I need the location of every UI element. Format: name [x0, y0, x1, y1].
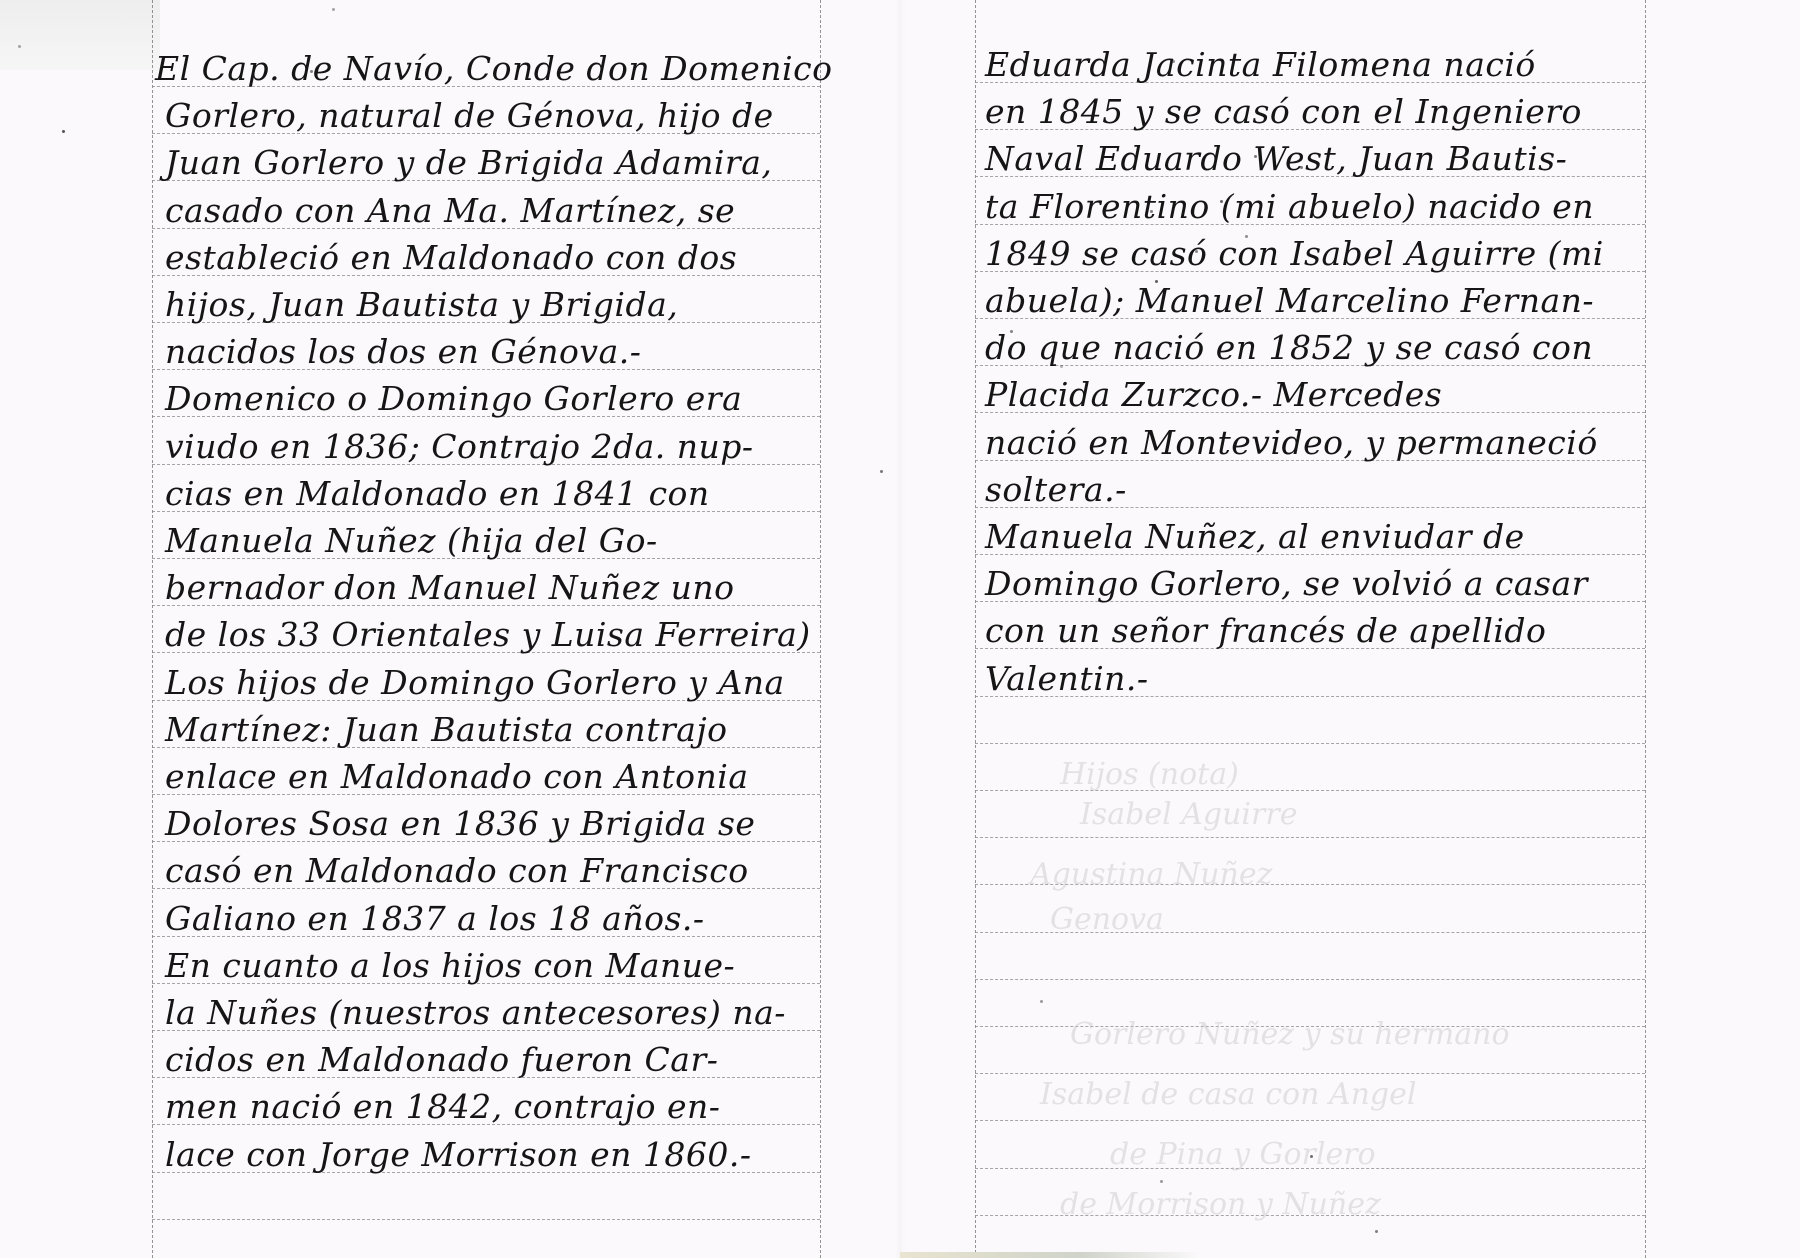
handwritten-line: soltera.-: [985, 473, 1127, 506]
handwritten-line: bernador don Manuel Nuñez uno: [165, 571, 735, 604]
scan-speck: [1060, 365, 1063, 368]
scan-speck: [1155, 280, 1158, 283]
scan-speck: [990, 200, 993, 203]
scan-speck: [1040, 1000, 1043, 1003]
handwritten-line: Juan Gorlero y de Brigida Adamira,: [165, 146, 772, 179]
handwritten-line: cias en Maldonado en 1841 con: [165, 477, 710, 510]
scan-speck: [1010, 330, 1013, 333]
right-page-left-margin: [975, 0, 976, 1258]
handwritten-line: nació en Montevideo, y permaneció: [985, 426, 1598, 459]
handwritten-line: Gorlero, natural de Génova, hijo de: [165, 99, 774, 132]
scan-speck: [880, 470, 883, 473]
handwritten-line: en 1845 y se casó con el Ingeniero: [985, 95, 1582, 128]
bleed-through-line: Gorlero Nuñez y su hermano: [1070, 1020, 1510, 1050]
handwritten-line: Valentin.-: [985, 662, 1149, 695]
bleed-through-line: Isabel de casa con Angel: [1040, 1080, 1416, 1110]
handwritten-line: con un señor francés de apellido: [985, 614, 1546, 647]
bleed-through-line: Agustina Nuñez: [1030, 860, 1272, 890]
handwritten-line: ta Florentino (mi abuelo) nacido en: [985, 190, 1594, 223]
scan-speck: [1195, 250, 1198, 253]
left-page: El Cap. de Navío, Conde don DomenicoGorl…: [0, 0, 900, 1258]
handwritten-line: nacidos los dos en Génova.-: [165, 335, 641, 368]
handwritten-line: El Cap. de Navío, Conde don Domenico: [155, 52, 832, 85]
handwritten-line: cidos en Maldonado fueron Car-: [165, 1043, 718, 1076]
handwritten-line: Placida Zurzco.- Mercedes: [985, 378, 1442, 411]
bleed-through-line: Isabel Aguirre: [1080, 800, 1297, 830]
ruled-line: [975, 743, 1645, 744]
scan-speck: [1375, 1230, 1378, 1233]
bleed-through-line: de Morrison y Nuñez: [1060, 1190, 1381, 1220]
scan-speck: [332, 8, 335, 11]
scan-speck: [1310, 1155, 1313, 1158]
handwritten-line: Martínez: Juan Bautista contrajo: [165, 713, 728, 746]
handwritten-line: casó en Maldonado con Francisco: [165, 854, 749, 887]
handwritten-line: Domingo Gorlero, se volvió a casar: [985, 567, 1588, 600]
handwritten-line: enlace en Maldonado con Antonia: [165, 760, 749, 793]
handwritten-line: do que nació en 1852 y se casó con: [985, 331, 1593, 364]
handwritten-line: En cuanto a los hijos con Manue-: [165, 949, 735, 982]
scan-speck: [1150, 210, 1153, 213]
left-page-left-margin: [152, 0, 153, 1258]
handwritten-line: la Nuñes (nuestros antecesores) na-: [165, 996, 786, 1029]
handwritten-line: Manuela Nuñez, al enviudar de: [985, 520, 1525, 553]
handwritten-line: Galiano en 1837 a los 18 años.-: [165, 902, 705, 935]
bleed-through-line: Genova: [1050, 905, 1164, 935]
scan-speck: [1172, 60, 1175, 63]
bleed-through-line: Hijos (nota): [1060, 760, 1239, 790]
handwritten-line: lace con Jorge Morrison en 1860.-: [165, 1138, 752, 1171]
handwritten-line: hijos, Juan Bautista y Brigida,: [165, 288, 678, 321]
scan-speck: [18, 45, 21, 48]
handwritten-line: de los 33 Orientales y Luisa Ferreira): [165, 618, 811, 651]
ruled-line: [975, 979, 1645, 980]
ruled-line: [975, 1073, 1645, 1074]
handwritten-line: Dolores Sosa en 1836 y Brigida se: [165, 807, 755, 840]
scan-speck: [1245, 235, 1248, 238]
scan-speck: [1300, 166, 1303, 169]
ruled-line: [152, 1219, 820, 1220]
handwritten-line: 1849 se casó con Isabel Aguirre (mi: [985, 237, 1604, 270]
handwritten-line: Los hijos de Domingo Gorlero y Ana: [165, 666, 785, 699]
bleed-through-line: de Pina y Gorlero: [1110, 1140, 1376, 1170]
page-bottom-edge: [900, 1252, 1200, 1258]
handwritten-line: viudo en 1836; Contrajo 2da. nup-: [165, 430, 754, 463]
left-page-right-margin: [820, 0, 821, 1258]
handwritten-line: Manuela Nuñez (hija del Go-: [165, 524, 658, 557]
handwritten-line: men nació en 1842, contrajo en-: [165, 1090, 720, 1123]
ruled-line: [975, 1120, 1645, 1121]
handwritten-line: estableció en Maldonado con dos: [165, 241, 737, 274]
right-page: Hijos (nota)Isabel AguirreAgustina Nuñez…: [900, 0, 1800, 1258]
scan-speck: [1220, 200, 1223, 203]
ruled-line: [975, 837, 1645, 838]
right-page-right-margin: [1645, 0, 1646, 1258]
scan-speck: [310, 70, 313, 73]
handwritten-line: casado con Ana Ma. Martínez, se: [165, 194, 735, 227]
scan-speck: [62, 130, 65, 133]
handwritten-line: Naval Eduardo West, Juan Bautis-: [985, 142, 1567, 175]
handwritten-line: Eduarda Jacinta Filomena nació: [985, 48, 1536, 81]
scan-speck: [1254, 155, 1257, 158]
handwritten-line: abuela); Manuel Marcelino Fernan-: [985, 284, 1594, 317]
scan-speck: [1160, 1180, 1163, 1183]
handwritten-line: Domenico o Domingo Gorlero era: [165, 382, 742, 415]
